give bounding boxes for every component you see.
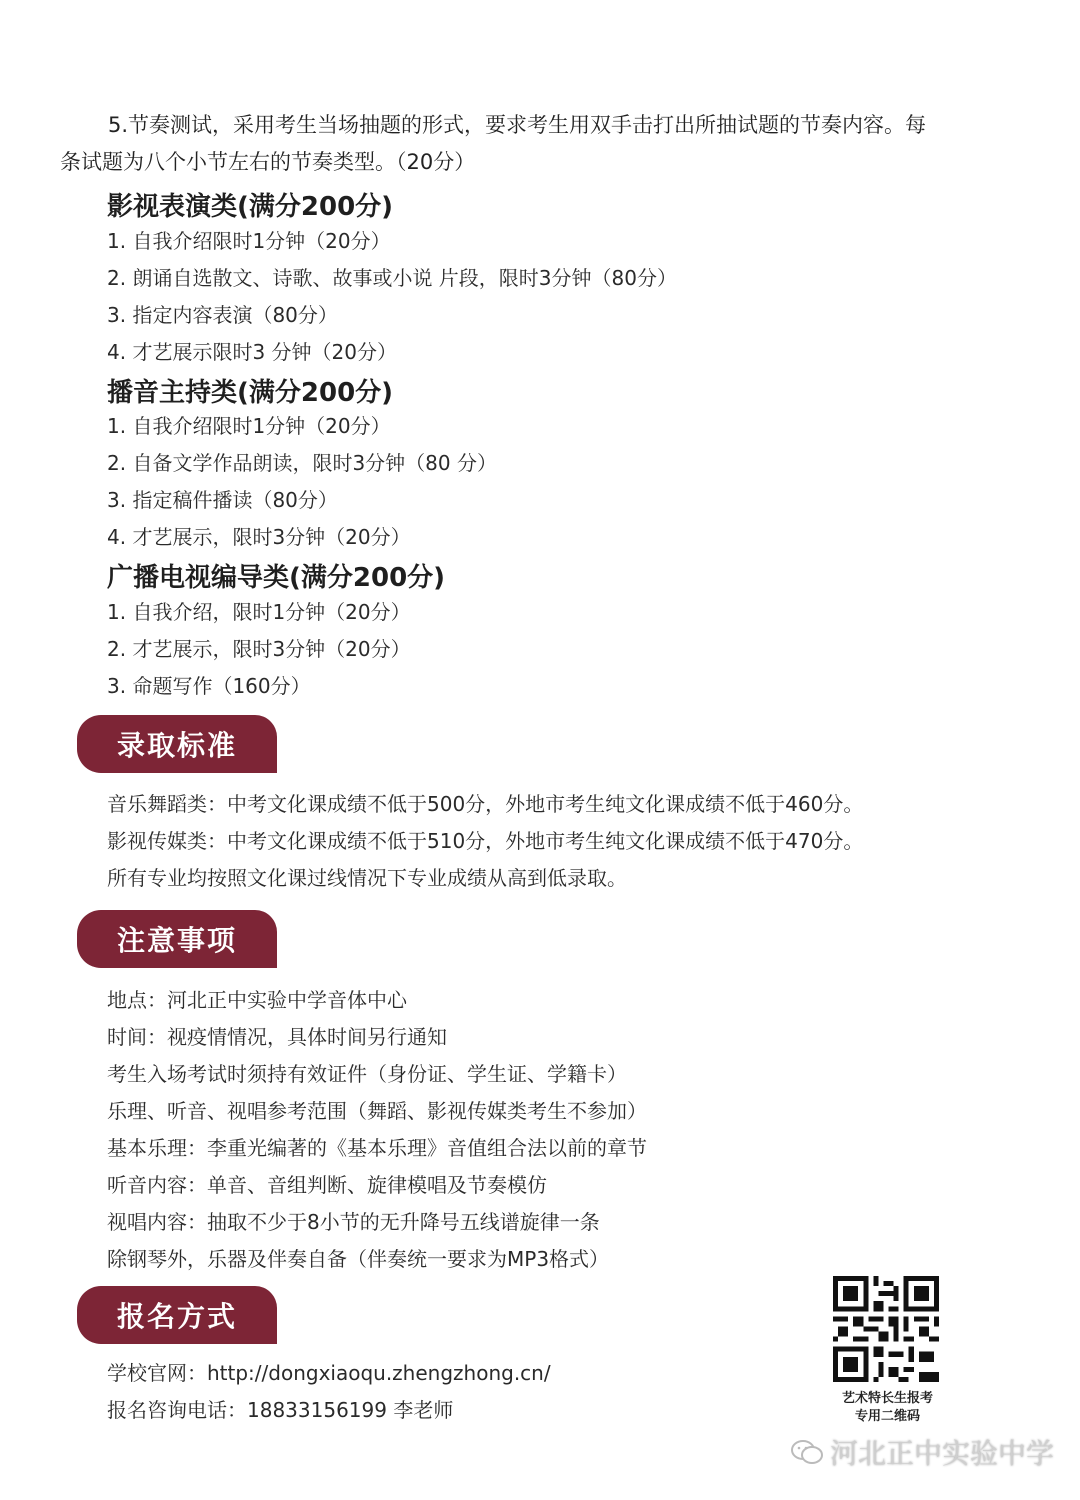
qr-caption-line-1: 艺术特长生报考 [820, 1390, 955, 1408]
list-item: 3. 指定稿件播读（80分） [107, 484, 338, 513]
list-item: 1. 自我介绍限时1分钟（20分） [107, 410, 391, 439]
watermark: 河北正中实验中学 [790, 1432, 1054, 1472]
rhythm-test-line-2: 条试题为八个小节左右的节奏类型。（20分） [60, 144, 1010, 181]
qr-caption-line-2: 专用二维码 [820, 1408, 955, 1426]
list-item: 考生入场考试时须持有效证件（身份证、学生证、学籍卡） [107, 1058, 627, 1087]
list-item: 2. 朗诵自选散文、诗歌、故事或小说 片段，限时3分钟（80分） [107, 262, 677, 291]
section-banner-notes: 注意事项 [77, 910, 277, 968]
phone-line: 报名咨询电话：18833156199 李老师 [107, 1394, 453, 1423]
category-title-broadcasting: 播音主持类(满分200分) [107, 372, 393, 409]
category-title-directing: 广播电视编导类(满分200分) [107, 557, 445, 594]
section-banner-admission: 录取标准 [77, 715, 277, 773]
section-banner-registration: 报名方式 [77, 1286, 277, 1344]
rhythm-test-paragraph: 5.节奏测试，采用考生当场抽题的形式，要求考生用双手击打出所抽试题的节奏内容。每… [60, 107, 1010, 181]
list-item: 地点：河北正中实验中学音体中心 [107, 984, 407, 1013]
list-item: 4. 才艺展示限时3 分钟（20分） [107, 336, 397, 365]
list-item: 音乐舞蹈类：中考文化课成绩不低于500分，外地市考生纯文化课成绩不低于460分。 [107, 788, 863, 817]
list-item: 时间：视疫情情况，具体时间另行通知 [107, 1021, 447, 1050]
list-item: 视唱内容：抽取不少于8小节的无升降号五线谱旋律一条 [107, 1206, 600, 1235]
list-item: 所有专业均按照文化课过线情况下专业成绩从高到低录取。 [107, 862, 627, 891]
list-item: 基本乐理：李重光编著的《基本乐理》音值组合法以前的章节 [107, 1132, 647, 1161]
list-item: 4. 才艺展示，限时3分钟（20分） [107, 521, 411, 550]
category-title-film-acting: 影视表演类(满分200分) [107, 186, 393, 223]
qr-code [833, 1276, 939, 1382]
list-item: 3. 指定内容表演（80分） [107, 299, 338, 328]
list-item: 影视传媒类：中考文化课成绩不低于510分，外地市考生纯文化课成绩不低于470分。 [107, 825, 863, 854]
list-item: 3. 命题写作（160分） [107, 670, 311, 699]
list-item: 听音内容：单音、音组判断、旋律模唱及节奏模仿 [107, 1169, 547, 1198]
website-line[interactable]: 学校官网：http://dongxiaoqu.zhengzhong.cn/ [107, 1357, 551, 1386]
wechat-icon [790, 1438, 824, 1466]
qr-caption: 艺术特长生报考 专用二维码 [820, 1390, 955, 1426]
list-item: 除钢琴外，乐器及伴奏自备（伴奏统一要求为MP3格式） [107, 1243, 609, 1272]
rhythm-test-line-1: 5.节奏测试，采用考生当场抽题的形式，要求考生用双手击打出所抽试题的节奏内容。每 [60, 107, 1010, 144]
list-item: 1. 自我介绍限时1分钟（20分） [107, 225, 391, 254]
list-item: 2. 才艺展示，限时3分钟（20分） [107, 633, 411, 662]
list-item: 1. 自我介绍，限时1分钟（20分） [107, 596, 411, 625]
list-item: 乐理、听音、视唱参考范围（舞蹈、影视传媒类考生不参加） [107, 1095, 647, 1124]
list-item: 2. 自备文学作品朗读，限时3分钟（80 分） [107, 447, 497, 476]
watermark-text: 河北正中实验中学 [830, 1432, 1054, 1472]
